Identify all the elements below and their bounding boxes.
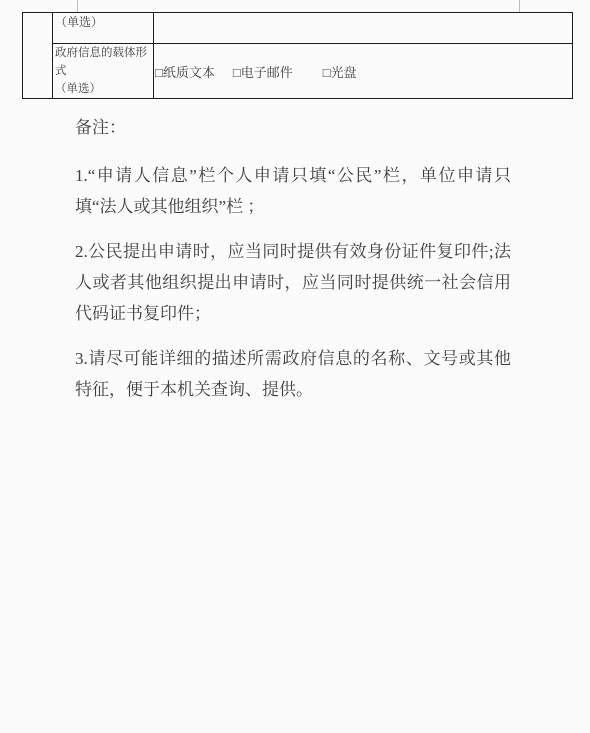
media-format-label-cell: 政府信息的载体形式 （单选）	[53, 44, 154, 98]
checkbox-icon: □	[323, 65, 331, 80]
note-item-2: 2.公民提出申请时，应当同时提供有效身份证件复印件;法人或者其他组织提出申请时，…	[75, 236, 511, 329]
media-format-single-select-note: （单选）	[55, 80, 153, 98]
option-email-label: 电子邮件	[241, 65, 293, 80]
checkbox-icon: □	[233, 65, 241, 80]
note-item-3: 3.请尽可能详细的描述所需政府信息的名称、文号或其他特征，便于本机关查询、提供。	[75, 343, 511, 405]
option-cd-label: 光盘	[331, 65, 357, 80]
media-format-label: 政府信息的载体形式	[55, 44, 153, 80]
option-cd: □光盘	[323, 62, 357, 81]
form-table: （单选） 政府信息的载体形式 （单选） □纸质文本 □电子邮件 □光盘	[22, 12, 573, 99]
option-paper-text: □纸质文本	[155, 62, 215, 81]
empty-content-cell	[154, 13, 572, 44]
table-column-border-remnant-right	[519, 0, 520, 12]
single-select-note-cell: （单选）	[53, 13, 154, 44]
option-paper-text-label: 纸质文本	[163, 65, 215, 80]
option-email: □电子邮件	[233, 62, 293, 81]
table-column-border-remnant-left	[77, 0, 78, 12]
document-page: （单选） 政府信息的载体形式 （单选） □纸质文本 □电子邮件 □光盘 备注： …	[0, 0, 590, 733]
notes-heading: 备注：	[75, 112, 511, 143]
notes-section: 备注： 1.“申请人信息”栏个人申请只填“公民”栏，单位申请只填“法人或其他组织…	[75, 112, 511, 419]
note-item-1: 1.“申请人信息”栏个人申请只填“公民”栏，单位申请只填“法人或其他组织”栏 ；	[75, 160, 511, 222]
checkbox-icon: □	[155, 65, 163, 80]
media-format-options-cell: □纸质文本 □电子邮件 □光盘	[154, 44, 572, 98]
table-spacer-cell	[23, 13, 53, 98]
single-select-note: （单选）	[55, 15, 103, 29]
